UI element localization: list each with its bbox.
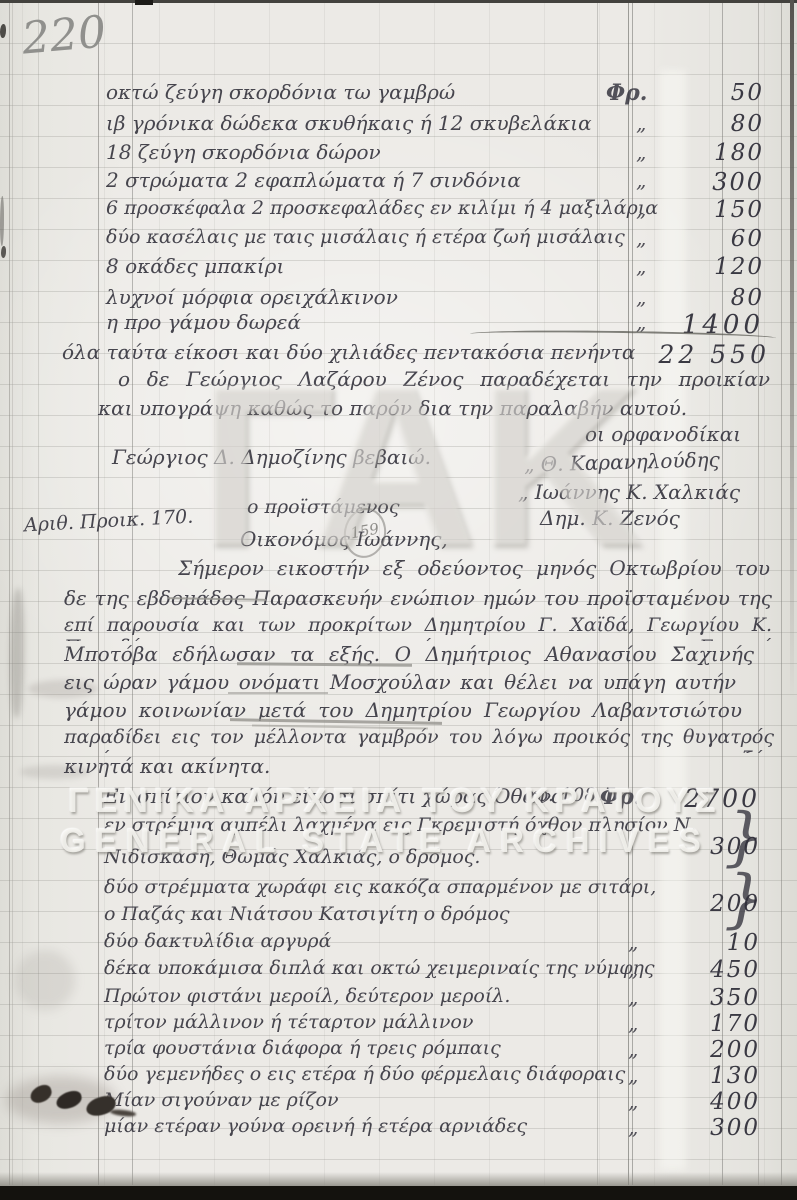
item-text: δύο γεμενήδες ο εις ετέρα ή δύο φέρμελαι… (104, 1063, 625, 1085)
dowry-item-row: οκτώ ζεύγη σκορδόνια τω γαμβρώ Φρ. 50 (0, 80, 797, 108)
item-text: ιβ γρόνικα δώδεκα σκυθήκαις ή 12 σκυβελά… (106, 111, 592, 135)
item-amount: 300 (638, 168, 764, 196)
item-text: 6 προσκέφαλα 2 προσκεφαλάδες εν κιλίμι ή… (106, 197, 658, 219)
dowry-item-row: τρίτον μάλλινον ή τέταρτον μάλλινον „ 17… (0, 1011, 797, 1039)
folio-number: 220 (20, 6, 108, 64)
item-text: δέκα υποκάμισα διπλά και οκτώ χειμεριναί… (104, 957, 655, 979)
item-amount: 400 (620, 1089, 760, 1115)
item-text: μίαν ετέραν γούνα ορεινή ή ετέρα αρνιάδε… (104, 1115, 527, 1137)
margin-smudge (10, 588, 24, 718)
entry-line: παραδίδει εις τον μέλλοντα γαμβρόν του λ… (64, 726, 774, 753)
item-text: 18 ζεύγη σκορδόνια δώρον (106, 140, 381, 164)
scan-edge-bottom (0, 1186, 797, 1200)
binding-mark (135, 0, 153, 5)
item-amount: 120 (638, 254, 764, 280)
archive-monogram: ΓΑΚ (160, 300, 680, 630)
dowry-item-row: δύο δακτυλίδια αργυρά „ 10 (0, 930, 797, 958)
manuscript-page: 220 οκτώ ζεύγη σκορδόνια τω γαμβρώ Φρ. 5… (0, 0, 797, 1200)
item-text: δύο κασέλαις με ταις μισάλαις ή ετέρα ζω… (106, 226, 625, 248)
archive-watermark-line: GENERAL STATE ARCHIVES (60, 822, 710, 860)
dowry-item-row: ο Παζάς και Νιάτσου Κατσιγίτη ο δρόμος 2… (0, 903, 797, 931)
item-text: Μίαν σιγούναν με ρίζον (104, 1089, 339, 1111)
item-text: δύο δακτυλίδια αργυρά (104, 930, 331, 952)
item-text: οκτώ ζεύγη σκορδόνια τω γαμβρώ (106, 80, 455, 104)
dowry-item-row: 8 οκάδες μπακίρι „ 120 (0, 254, 797, 282)
dowry-item-row: δύο κασέλαις με ταις μισάλαις ή ετέρα ζω… (0, 226, 797, 254)
scan-edge-top (0, 0, 797, 3)
item-amount: 60 (638, 226, 764, 252)
item-amount: 170 (620, 1011, 760, 1037)
dowry-item-row: δύο γεμενήδες ο εις ετέρα ή δύο φέρμελαι… (0, 1063, 797, 1091)
item-amount: 180 (638, 140, 764, 166)
item-text: 2 στρώματα 2 εφαπλώματα ή 7 σινδόνια (106, 168, 521, 192)
item-text: Πρώτον φιστάνι μεροίλ, δεύτερον μεροίλ. (104, 985, 510, 1007)
item-amount: 200 (620, 891, 760, 917)
dowry-item-row: 6 προσκέφαλα 2 προσκεφαλάδες εν κιλίμι ή… (0, 197, 797, 225)
dowry-item-row: Πρώτον φιστάνι μεροίλ, δεύτερον μεροίλ. … (0, 985, 797, 1013)
item-amount: 200 (620, 1037, 760, 1063)
item-amount: 300 (620, 1115, 760, 1141)
item-amount: 10 (620, 930, 760, 956)
item-amount: 450 (620, 957, 760, 983)
item-text: ο Παζάς και Νιάτσου Κατσιγίτη ο δρόμος (104, 903, 510, 925)
item-text: δύο στρέμματα χωράφι εις κακόζα σπαρμένο… (104, 876, 656, 898)
dowry-item-row: τρία φουστάνια διάφορα ή τρεις ρόμπαις „… (0, 1037, 797, 1065)
entry-line: κινητά και ακίνητα. (64, 754, 270, 778)
edge-speck (0, 24, 6, 38)
item-text: 8 οκάδες μπακίρι (106, 254, 284, 278)
item-amount: 350 (620, 985, 760, 1011)
dowry-item-row: ιβ γρόνικα δώδεκα σκυθήκαις ή 12 σκυβελά… (0, 111, 797, 139)
dowry-item-row: 2 στρώματα 2 εφαπλώματα ή 7 σινδόνια „ 3… (0, 168, 797, 196)
item-amount: 130 (620, 1063, 760, 1089)
pencil-underline (228, 692, 328, 694)
item-amount: 150 (638, 197, 764, 223)
item-text: τρία φουστάνια διάφορα ή τρεις ρόμπαις (104, 1037, 501, 1059)
dowry-item-row: δέκα υποκάμισα διπλά και οκτώ χειμεριναί… (0, 957, 797, 985)
dowry-item-row: 18 ζεύγη σκορδόνια δώρον „ 180 (0, 140, 797, 168)
entry-line: εις ώραν γάμου ονόματι Μοσχούλαν και θέλ… (64, 670, 736, 697)
archive-watermark-line: ΓΕΝΙΚΑ ΑΡΧΕΙΑ ΤΟΥ ΚΡΑΤΟΥΣ (50, 782, 740, 821)
dowry-item-row: μίαν ετέραν γούνα ορεινή ή ετέρα αρνιάδε… (0, 1115, 797, 1143)
item-amount: 80 (638, 111, 764, 137)
item-text: τρίτον μάλλινον ή τέταρτον μάλλινον (104, 1011, 473, 1033)
item-amount: 50 (638, 80, 764, 106)
